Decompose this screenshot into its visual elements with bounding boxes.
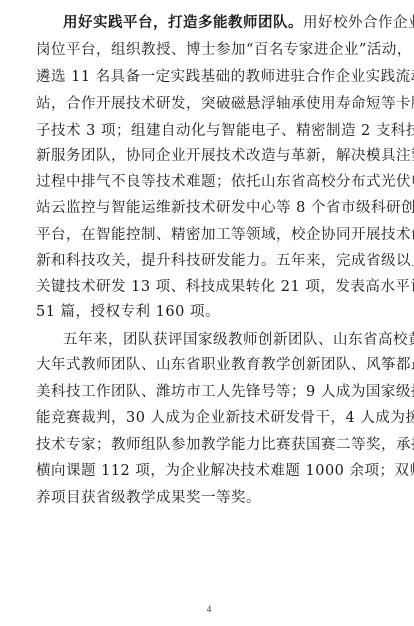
paragraph-1-line-8: 站云监控与智能运维新技术研发中心等 8 个省市级科研创新 xyxy=(36,198,383,218)
paragraph-2-line-7: 养项目获省级教学成果奖一等奖。 xyxy=(36,488,383,508)
paragraph-1-line-10: 新和科技攻关，提升科技研发能力。五年来，完成省级以上 xyxy=(36,251,383,271)
paragraph-2-line-3: 美科技工作团队、潍坊市工人先锋号等；9 人成为国家级技 xyxy=(36,382,383,402)
paragraph-1-line-12: 51 篇，授权专利 160 项。 xyxy=(36,302,383,322)
paragraph-1-line-2: 岗位平台，组织教授、博士参加“百名专家进企业”活动， xyxy=(36,40,383,60)
page-number: 4 xyxy=(200,604,218,614)
paragraph-1-line-5: 子技术 3 项；组建自动化与智能电子、精密制造 2 支科技创 xyxy=(36,121,383,141)
paragraph-heading: 用好实践平台，打造多能教师团队。 xyxy=(63,15,303,31)
paragraph-2-line-5: 技术专家；教师组队参加教学能力比赛获国赛二等奖，承担 xyxy=(36,435,383,455)
paragraph-2-line-6: 横向课题 112 项，为企业解决技术难题 1000 余项；双师培 xyxy=(36,461,383,481)
paragraph-2-line-1: 五年来，团队获评国家级教师创新团队、山东省高校黄 xyxy=(63,330,383,350)
paragraph-1-line-4: 站，合作开展技术研发，突破磁悬浮轴承使用寿命短等卡脖 xyxy=(36,94,383,114)
paragraph-1-line-6: 新服务团队，协同企业开展技术改造与革新，解决模具注塑 xyxy=(36,146,383,166)
paragraph-1-line-3: 遴选 11 名具备一定实践基础的教师进驻合作企业实践流动 xyxy=(36,67,383,87)
paragraph-1-line-7: 过程中排气不良等技术难题；依托山东省高校分布式光伏电 xyxy=(36,172,383,192)
paragraph-1-line-11: 关键技术研发 13 项、科技成果转化 21 项，发表高水平论文 xyxy=(36,277,383,297)
document-page: 用好实践平台，打造多能教师团队。用好校外合作企业 岗位平台，组织教授、博士参加“… xyxy=(0,0,414,626)
paragraph-2-line-2: 大年式教师团队、山东省职业教育教学创新团队、风筝都最 xyxy=(36,355,383,375)
paragraph-1-line-1: 用好实践平台，打造多能教师团队。用好校外合作企业 xyxy=(63,13,383,33)
paragraph-text: 用好校外合作企业 xyxy=(303,15,414,31)
paragraph-2-line-4: 能竞赛裁判，30 人成为企业新技术研发骨干，4 人成为援外 xyxy=(36,408,383,428)
paragraph-1-line-9: 平台，在智能控制、精密加工等领域，校企协同开展技术创 xyxy=(36,225,383,245)
